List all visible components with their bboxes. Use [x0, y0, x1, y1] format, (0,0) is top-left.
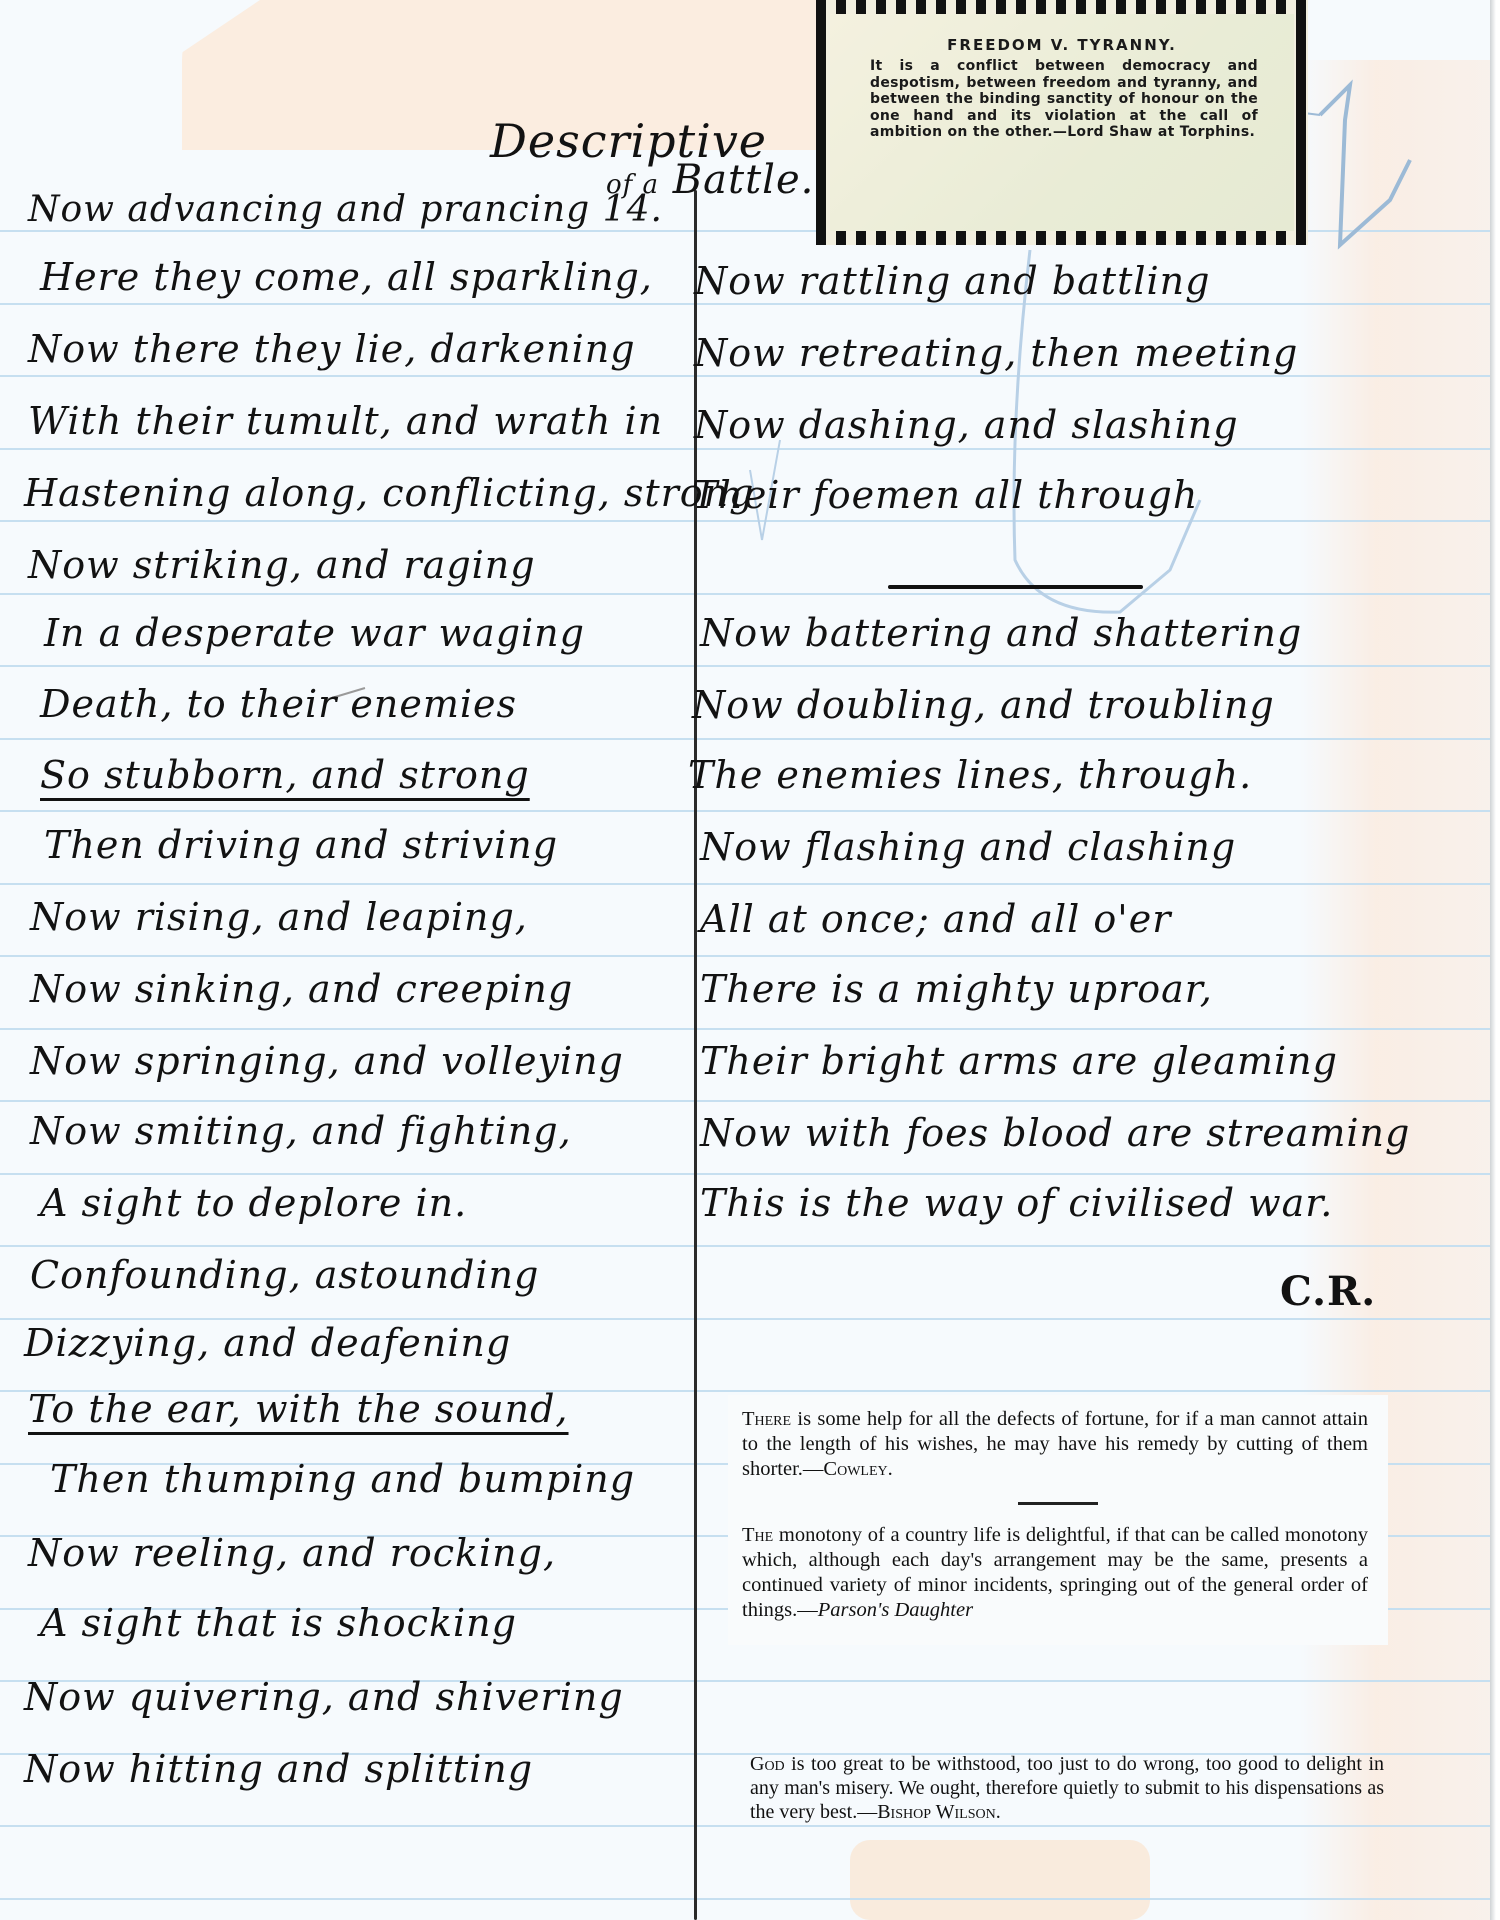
quote-separator-rule [1018, 1502, 1098, 1505]
poem-line: With their tumult, and wrath in [28, 402, 663, 440]
clipping-title: FREEDOM V. TYRANNY. [830, 36, 1294, 54]
newspaper-clipping-wilson: God is too great to be withstood, too ju… [740, 1752, 1400, 1852]
poem-line: Now retreating, then meeting [694, 334, 1298, 372]
signature-initials: C.R. [1280, 1272, 1376, 1312]
poem-line: Hastening along, conflicting, strong [24, 474, 754, 512]
poem-line: To the ear, with the sound, [28, 1390, 569, 1428]
poem-line: So stubborn, and strong [40, 756, 530, 794]
poem-line: The enemies lines, through. [688, 756, 1252, 794]
stanza-separator-rule [888, 585, 1143, 589]
poem-line: Then thumping and bumping [50, 1460, 635, 1498]
quote-author: Parson's Daughter [818, 1599, 973, 1621]
poem-line: Now dashing, and slashing [694, 406, 1239, 444]
poem-line: There is a mighty uproar, [700, 970, 1213, 1008]
poem-line: In a desperate war waging [44, 614, 585, 652]
poem-line: Now smiting, and fighting, [30, 1112, 572, 1150]
quote-body: is too great to be withstood, too just t… [750, 1753, 1384, 1823]
quote-lead-word: The [742, 1524, 773, 1546]
poem-title-battle: Battle. [673, 157, 815, 203]
poem-line: Dizzying, and deafening [24, 1324, 511, 1362]
quote-lead-word: God [750, 1753, 785, 1775]
poem-line: Now there they lie, darkening [28, 330, 636, 368]
poem-line: Here they come, all sparkling, [40, 258, 653, 296]
poem-line: Now flashing and clashing [700, 828, 1236, 866]
poem-line: Now rising, and leaping, [30, 898, 528, 936]
poem-line: Now sinking, and creeping [30, 970, 573, 1008]
poem-line: Then driving and striving [44, 826, 558, 864]
quote-wilson: God is too great to be withstood, too ju… [750, 1752, 1384, 1824]
poem-line: A sight to deplore in. [40, 1184, 467, 1222]
newspaper-clipping-freedom: FREEDOM V. TYRANNY. It is a conflict bet… [816, 0, 1308, 245]
newspaper-clipping-quotes: There is some help for all the defects o… [728, 1395, 1388, 1645]
quote-parson: The monotony of a country life is deligh… [742, 1523, 1368, 1623]
poem-line: Now with foes blood are streaming [700, 1114, 1410, 1152]
poem-line: Now springing, and volleying [30, 1042, 624, 1080]
poem-line: Now striking, and raging [28, 546, 536, 584]
poem-line: Death, to their enemies [40, 685, 517, 723]
poem-line: Their foemen all through [692, 476, 1198, 514]
poem-line: Now doubling, and troubling [692, 686, 1275, 724]
quote-lead-word: There [742, 1408, 791, 1430]
quote-cowley: There is some help for all the defects o… [742, 1407, 1368, 1482]
poem-line: Now reeling, and rocking, [28, 1534, 556, 1572]
poem-line: All at once; and all o'er [700, 900, 1171, 938]
quote-author: Cowley. [823, 1458, 892, 1480]
quote-author: Bishop Wilson. [877, 1801, 1001, 1823]
poem-opening-line: Now advancing and prancing 14. [28, 192, 663, 228]
poem-line: Now quivering, and shivering [24, 1678, 624, 1716]
poem-line: Confounding, astounding [30, 1256, 539, 1294]
poem-line: Now battering and shattering [700, 614, 1302, 652]
poem-line: A sight that is shocking [40, 1604, 517, 1642]
poem-line: Now hitting and splitting [24, 1750, 533, 1788]
clipping-body: It is a conflict between democracy and d… [870, 58, 1258, 141]
poem-line: Now rattling and battling [694, 262, 1210, 300]
poem-line: Their bright arms are gleaming [700, 1042, 1338, 1080]
poem-line: This is the way of civilised war. [700, 1184, 1333, 1222]
